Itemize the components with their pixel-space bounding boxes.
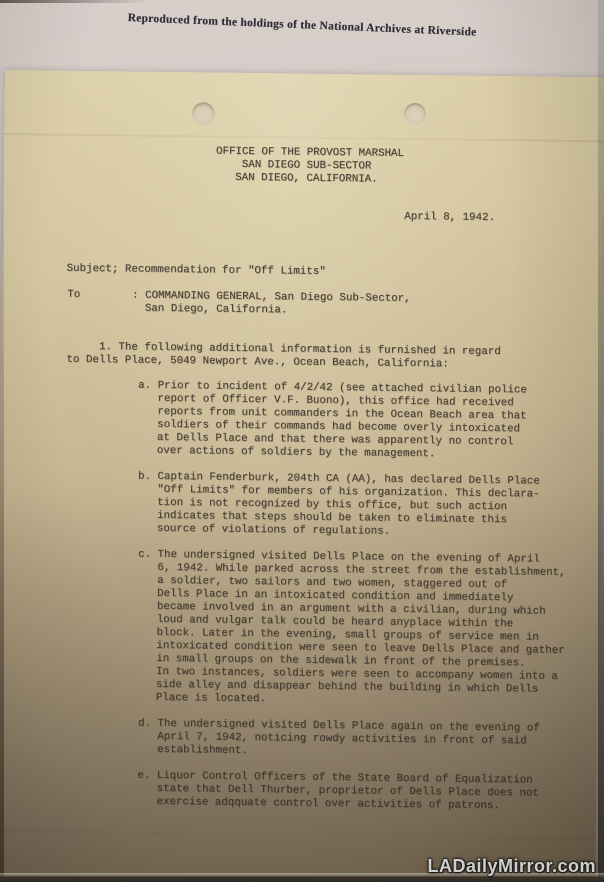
punch-hole-right bbox=[404, 103, 425, 124]
subject-line: Subject; Recommendation for "Off Limits" bbox=[66, 263, 325, 279]
date-line: April 8, 1942. bbox=[404, 211, 495, 225]
body-item-e: e. Liquor Control Officers of the State … bbox=[137, 770, 539, 814]
body-item-d: d. The undersigned visited Dells Place a… bbox=[138, 718, 540, 762]
document-page: OFFICE OF THE PROVOST MARSHAL SAN DIEGO … bbox=[0, 70, 604, 882]
photo-edge-left bbox=[0, 0, 4, 882]
punch-hole-left bbox=[192, 102, 214, 124]
photo-edge-right bbox=[598, 0, 604, 882]
body-item-a: a. Prior to incident of 4/2/42 (see atta… bbox=[137, 380, 527, 463]
body-item-b: b. Captain Fenderburk, 204th CA (AA), ha… bbox=[137, 471, 539, 541]
photo-edge-top bbox=[0, 0, 150, 3]
photo-frame: Reproduced from the holdings of the Nati… bbox=[0, 0, 604, 882]
crease-line-top bbox=[4, 133, 604, 142]
to-block: To : COMMANDING GENERAL, San Diego Sub-S… bbox=[67, 289, 411, 319]
crease-line-bottom bbox=[0, 830, 596, 839]
body-item-c: c. The undersigned visited Dells Place o… bbox=[136, 549, 566, 710]
letterhead: OFFICE OF THE PROVOST MARSHAL SAN DIEGO … bbox=[216, 146, 404, 187]
archive-stamp: Reproduced from the holdings of the Nati… bbox=[127, 12, 476, 39]
intro-paragraph: 1. The following additional information … bbox=[66, 341, 500, 372]
watermark: LADailyMirror.com bbox=[427, 856, 596, 877]
